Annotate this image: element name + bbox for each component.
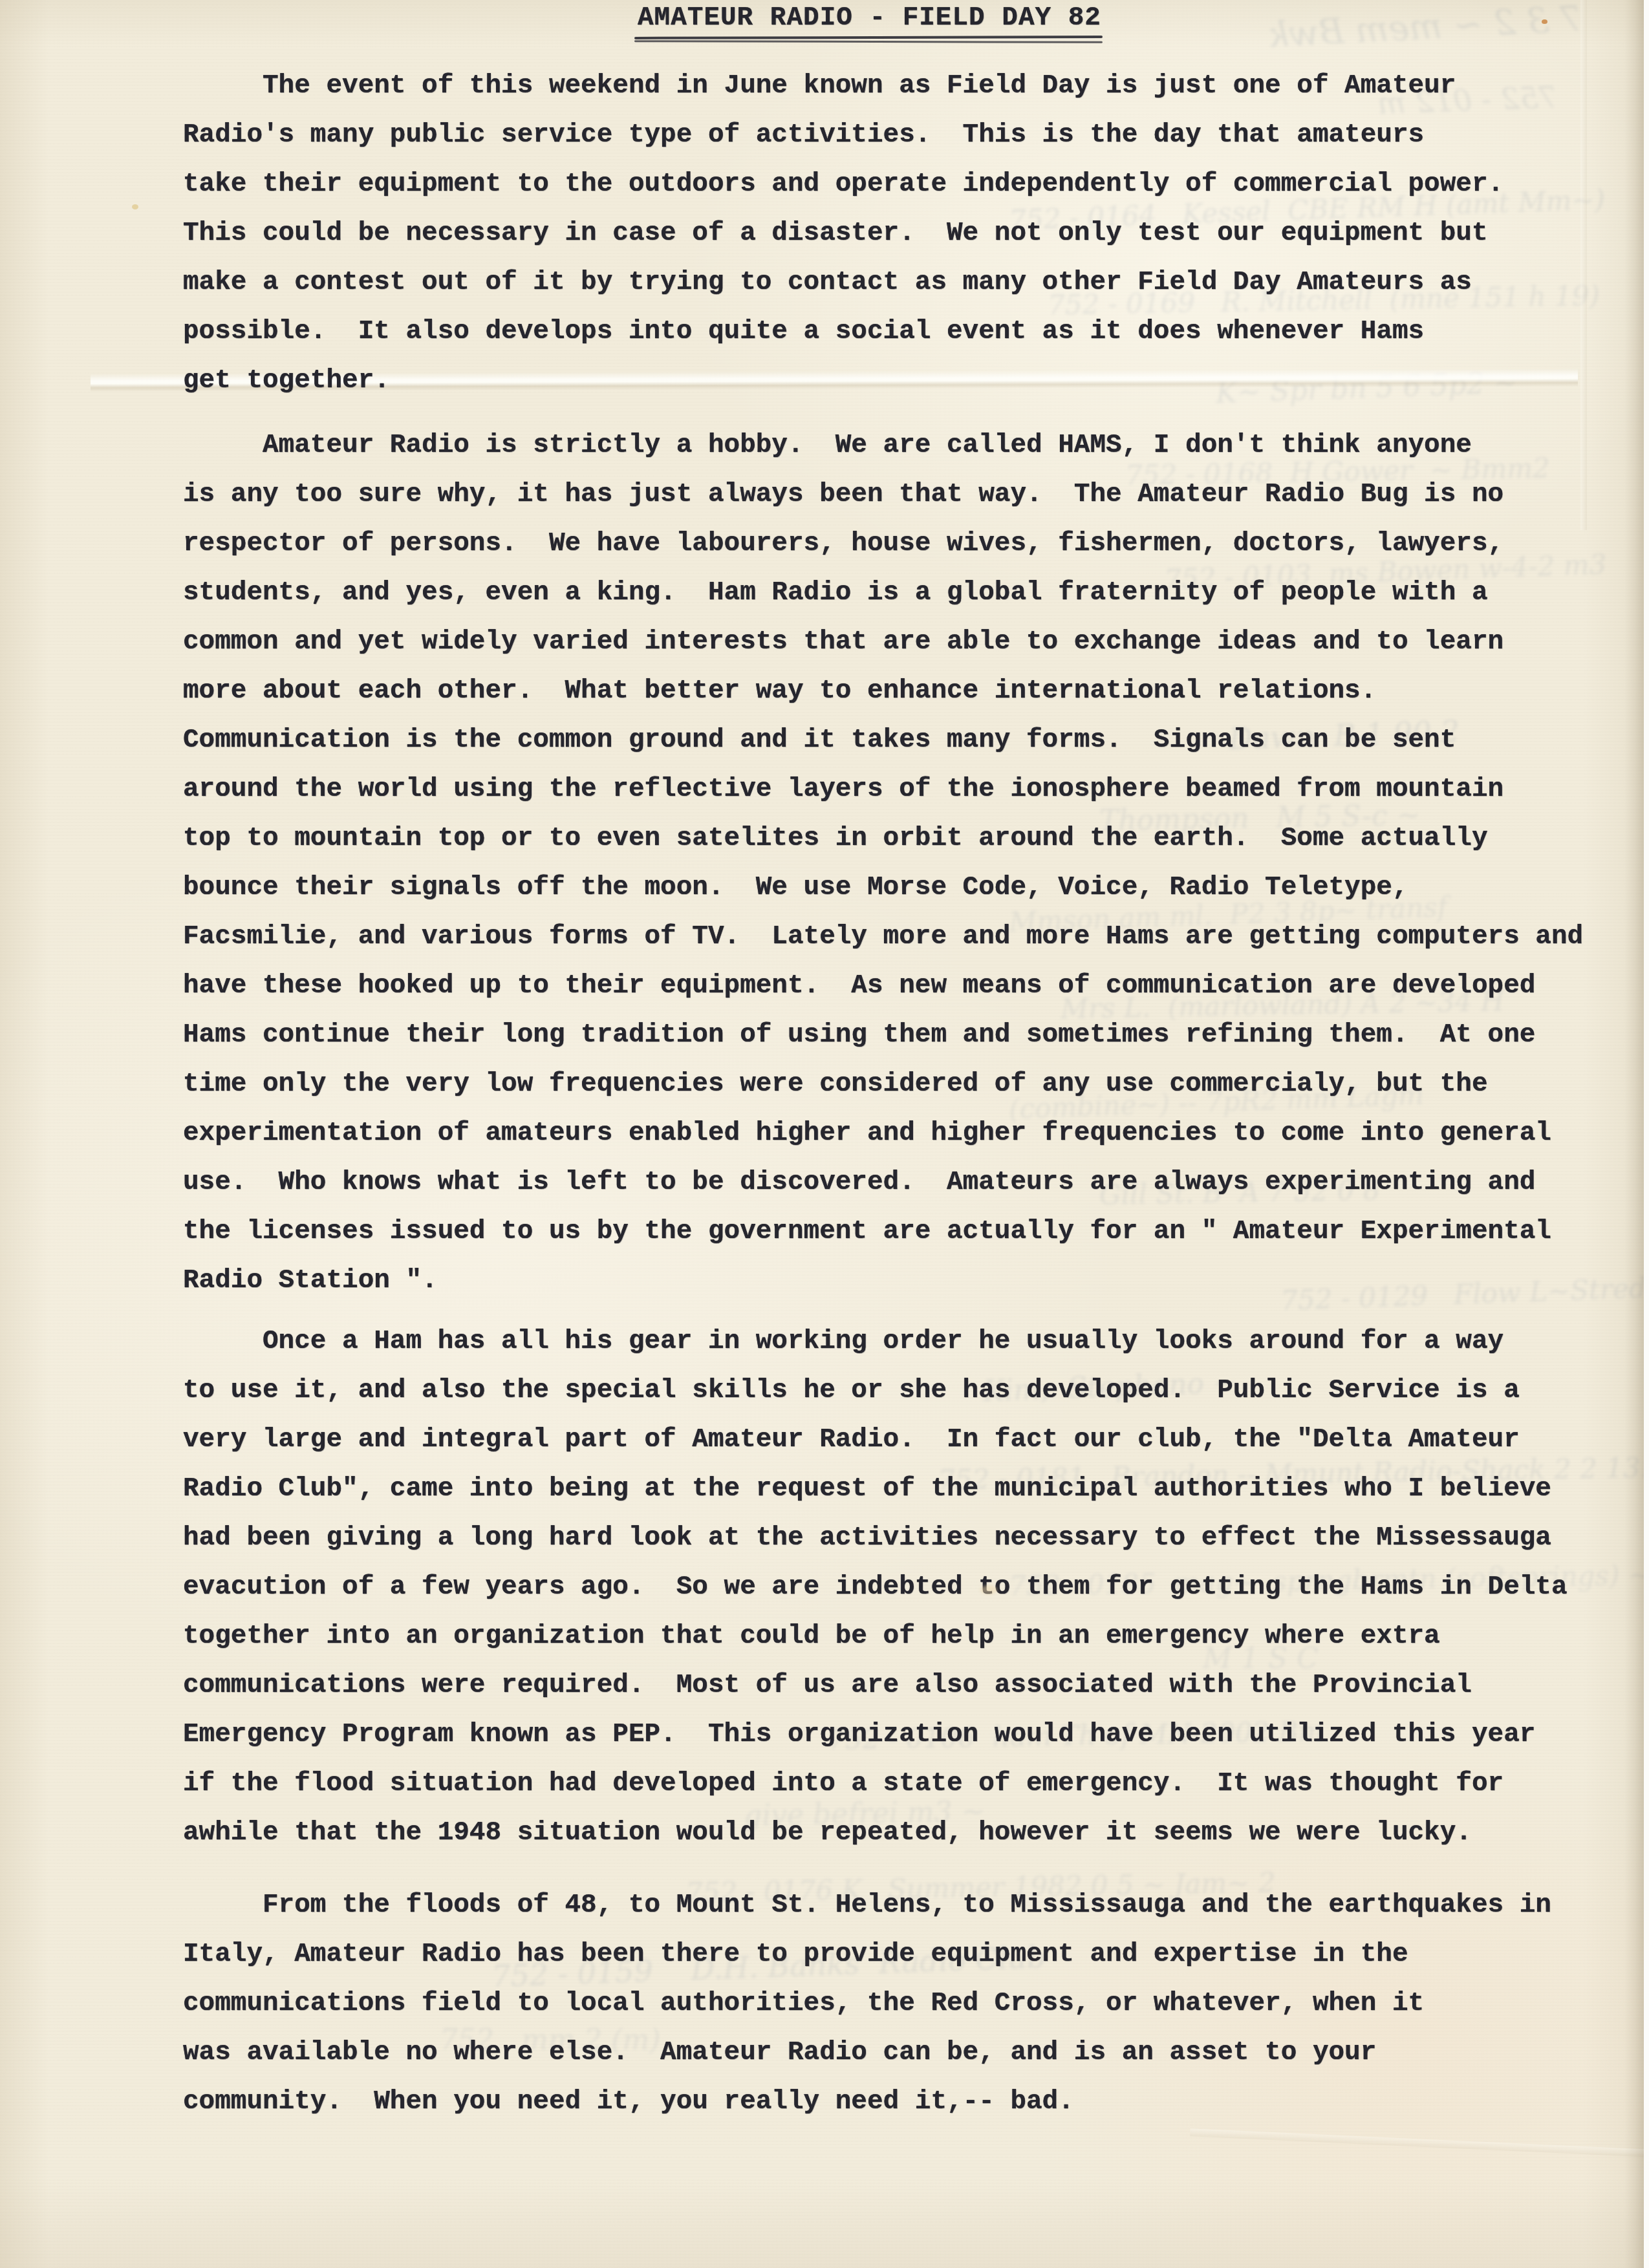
text-line: The event of this weekend in June known …	[183, 61, 1649, 111]
text-line: use. Who knows what is left to be discov…	[183, 1158, 1649, 1207]
text-line: is any too sure why, it has just always …	[183, 470, 1649, 519]
text-line: From the floods of 48, to Mount St. Hele…	[183, 1881, 1649, 1930]
text-line: communications were required. Most of us…	[183, 1661, 1649, 1710]
text-line: Radio's many public service type of acti…	[183, 111, 1649, 160]
text-line: respector of persons. We have labourers,…	[183, 519, 1649, 568]
paper-speck	[980, 1585, 997, 1594]
bleedthrough-handwriting: 7 3 2 ~ mem Bwk	[1267, 0, 1584, 56]
text-line: very large and integral part of Amateur …	[183, 1415, 1649, 1464]
paper-speck	[1542, 19, 1547, 24]
text-line: students, and yes, even a king. Ham Radi…	[183, 568, 1649, 617]
text-line: community. When you need it, you really …	[183, 2077, 1649, 2126]
text-line: take their equipment to the outdoors and…	[183, 160, 1649, 209]
text-line: Amateur Radio is strictly a hobby. We ar…	[183, 421, 1649, 470]
paper-speck	[132, 204, 138, 209]
paper-edge-shadow	[1624, 0, 1644, 2268]
text-line: have these hooked up to their equipment.…	[183, 961, 1649, 1011]
text-line: This could be necessary in case of a dis…	[183, 209, 1649, 258]
text-line: together into an organization that could…	[183, 1612, 1649, 1661]
text-line: possible. It also develops into quite a …	[183, 307, 1649, 356]
text-line: Emergency Program known as PEP. This org…	[183, 1710, 1649, 1759]
text-line: Once a Ham has all his gear in working o…	[183, 1317, 1649, 1366]
text-line: around the world using the reflective la…	[183, 765, 1649, 814]
paragraph: From the floods of 48, to Mount St. Hele…	[183, 1881, 1649, 2126]
text-line: common and yet widely varied interests t…	[183, 617, 1649, 667]
page-title: AMATEUR RADIO - FIELD DAY 82	[638, 3, 1101, 34]
text-line: make a contest out of it by trying to co…	[183, 258, 1649, 307]
text-line: to use it, and also the special skills h…	[183, 1366, 1649, 1415]
text-line: was available no where else. Amateur Rad…	[183, 2028, 1649, 2077]
text-line: time only the very low frequencies were …	[183, 1060, 1649, 1109]
text-line: evacution of a few years ago. So we are …	[183, 1563, 1649, 1612]
text-line: awhile that the 1948 situation would be …	[183, 1808, 1649, 1857]
paragraph: The event of this weekend in June known …	[183, 61, 1649, 405]
text-line: get together.	[183, 356, 1649, 405]
scanner-edge	[1644, 0, 1649, 2268]
text-line: the licenses issued to us by the governm…	[183, 1207, 1649, 1256]
text-line: top to mountain top or to even satelites…	[183, 814, 1649, 863]
text-line: Radio Club", came into being at the requ…	[183, 1464, 1649, 1514]
document-page: 7 3 2 ~ mem Bwk752 - 012 m752 - 0164 Kes…	[0, 0, 1649, 2268]
text-line: bounce their signals off the moon. We us…	[183, 863, 1649, 912]
text-line: communications field to local authoritie…	[183, 1979, 1649, 2028]
paragraph: Once a Ham has all his gear in working o…	[183, 1317, 1649, 1857]
text-line: Radio Station ".	[183, 1256, 1649, 1305]
paragraph: Amateur Radio is strictly a hobby. We ar…	[183, 421, 1649, 1305]
text-line: experimentation of amateurs enabled high…	[183, 1109, 1649, 1158]
text-line: if the flood situation had developed int…	[183, 1759, 1649, 1808]
text-line: Facsmilie, and various forms of TV. Late…	[183, 912, 1649, 961]
text-line: Italy, Amateur Radio has been there to p…	[183, 1930, 1649, 1979]
text-line: Communication is the common ground and i…	[183, 716, 1649, 765]
text-line: more about each other. What better way t…	[183, 667, 1649, 716]
text-line: Hams continue their long tradition of us…	[183, 1011, 1649, 1060]
text-line: had been giving a long hard look at the …	[183, 1514, 1649, 1563]
